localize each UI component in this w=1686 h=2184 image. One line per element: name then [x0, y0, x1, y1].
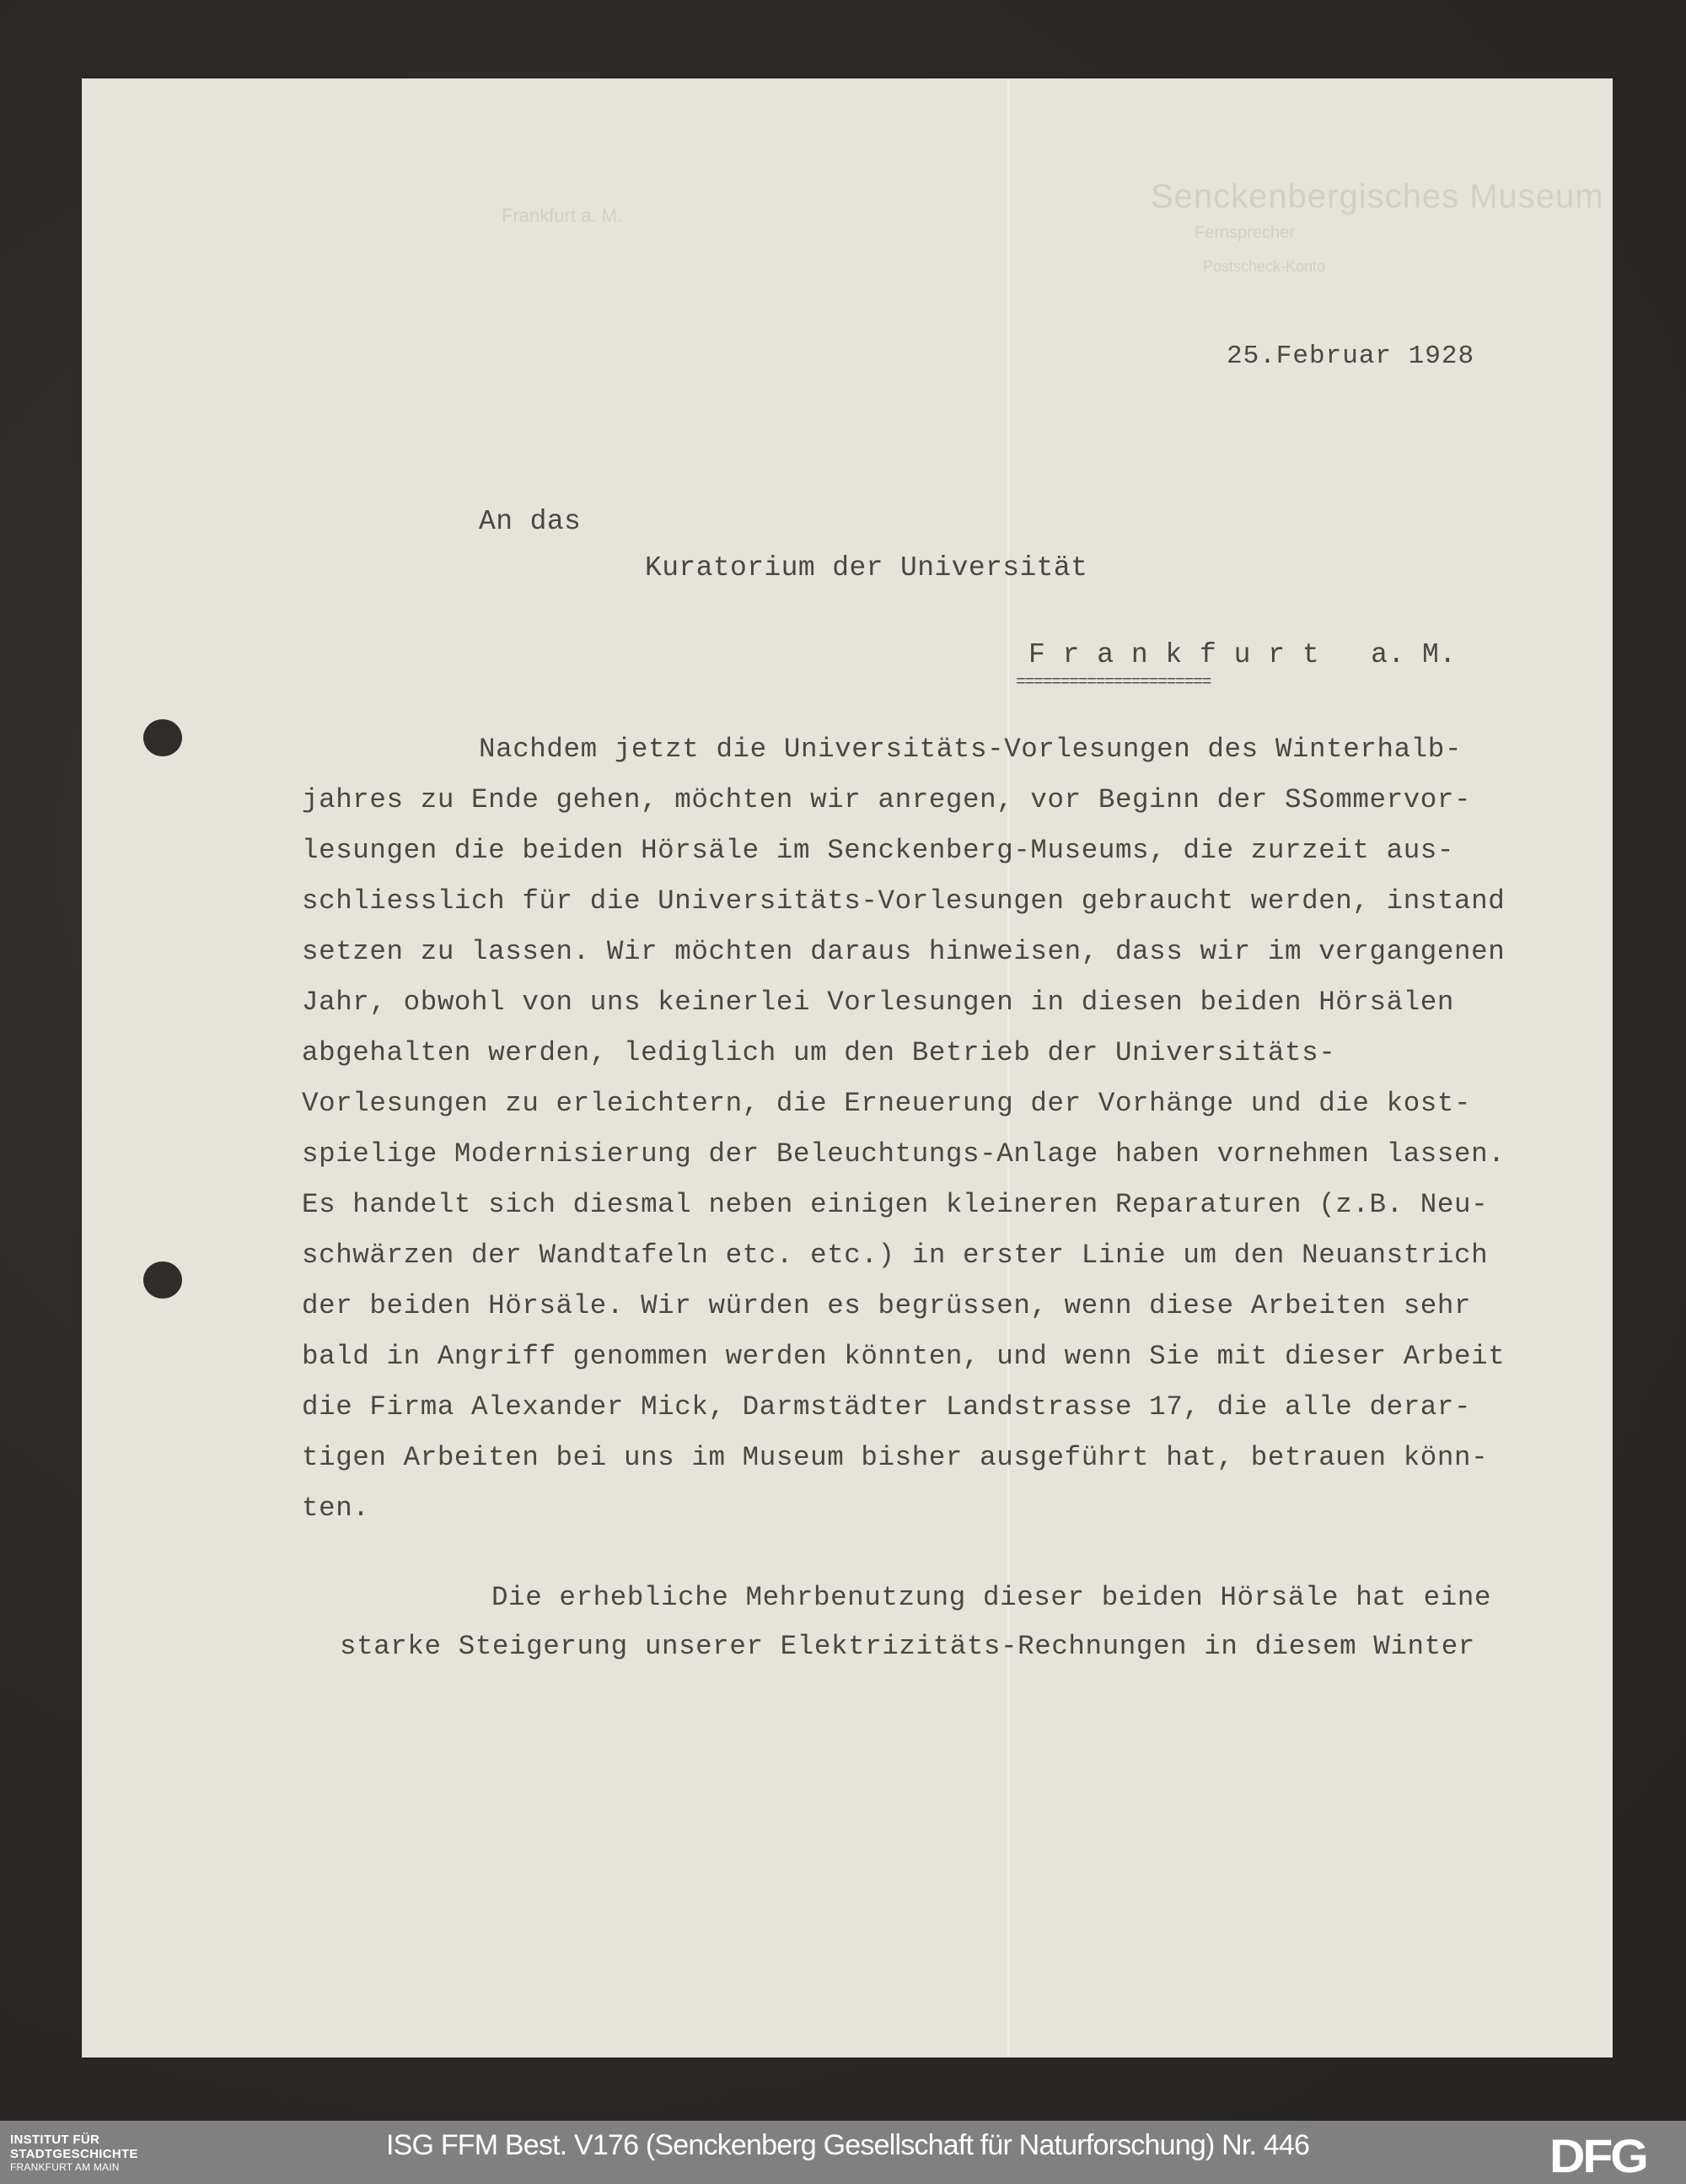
body-line: Nachdem jetzt die Universitäts-Vorlesung… [479, 734, 1462, 765]
dfg-logo: DFG [1549, 2133, 1646, 2180]
letterhead-city: Frankfurt a. M. [502, 205, 622, 227]
archive-caption: ISG FFM Best. V176 (Senckenberg Gesellsc… [386, 2129, 1309, 2162]
body-line: abgehalten werden, lediglich um den Betr… [302, 1037, 1335, 1068]
letterhead-museum: Senckenbergisches Museum [1151, 178, 1604, 216]
institute-logo-line1: INSTITUT FÜR [10, 2133, 138, 2146]
salutation: An das [479, 506, 581, 537]
letterhead-phone: Fernsprecher [1195, 223, 1295, 243]
institute-logo: INSTITUT FÜR STADTGESCHICHTE FRANKFURT A… [10, 2133, 138, 2172]
body-line: starke Steigerung unserer Elektrizitäts-… [340, 1631, 1475, 1662]
body-line: ten. [302, 1493, 369, 1524]
institute-logo-line3: FRANKFURT AM MAIN [10, 2162, 138, 2172]
letter-page: Senckenbergisches Museum Frankfurt a. M.… [82, 78, 1613, 2058]
body-line: Die erhebliche Mehrbenutzung dieser beid… [491, 1582, 1491, 1613]
body-line: bald in Angriff genommen werden könnten,… [302, 1341, 1505, 1372]
body-line: setzen zu lassen. Wir möchten daraus hin… [302, 936, 1505, 967]
institute-logo-line2: STADTGESCHICHTE [10, 2148, 138, 2160]
punch-hole-top [143, 719, 182, 756]
body-line: lesungen die beiden Hörsäle im Senckenbe… [302, 835, 1454, 866]
city-underline: ====================== [1016, 673, 1211, 692]
letterhead-account: Postscheck-Konto [1203, 258, 1325, 276]
recipient-city: F r a n k f u r t a. M. [1028, 639, 1457, 670]
body-line: Vorlesungen zu erleichtern, die Erneueru… [302, 1088, 1471, 1119]
punch-hole-bottom [143, 1261, 182, 1299]
body-line: schwärzen der Wandtafeln etc. etc.) in e… [302, 1240, 1488, 1271]
body-line: schliesslich für die Universitäts-Vorles… [302, 885, 1505, 917]
body-line: Jahr, obwohl von uns keinerlei Vorlesung… [302, 987, 1454, 1018]
body-line: spielige Modernisierung der Beleuchtungs… [302, 1138, 1505, 1170]
archive-footer: INSTITUT FÜR STADTGESCHICHTE FRANKFURT A… [0, 2121, 1686, 2184]
body-line: der beiden Hörsäle. Wir würden es begrüs… [302, 1290, 1471, 1321]
body-line: die Firma Alexander Mick, Darmstädter La… [302, 1391, 1471, 1423]
body-line: Es handelt sich diesmal neben einigen kl… [302, 1189, 1488, 1220]
body-line: tigen Arbeiten bei uns im Museum bisher … [302, 1442, 1488, 1473]
body-line: jahres zu Ende gehen, möchten wir anrege… [302, 784, 1471, 815]
letter-date: 25.Februar 1928 [1227, 342, 1474, 371]
recipient: Kuratorium der Universität [645, 552, 1087, 584]
